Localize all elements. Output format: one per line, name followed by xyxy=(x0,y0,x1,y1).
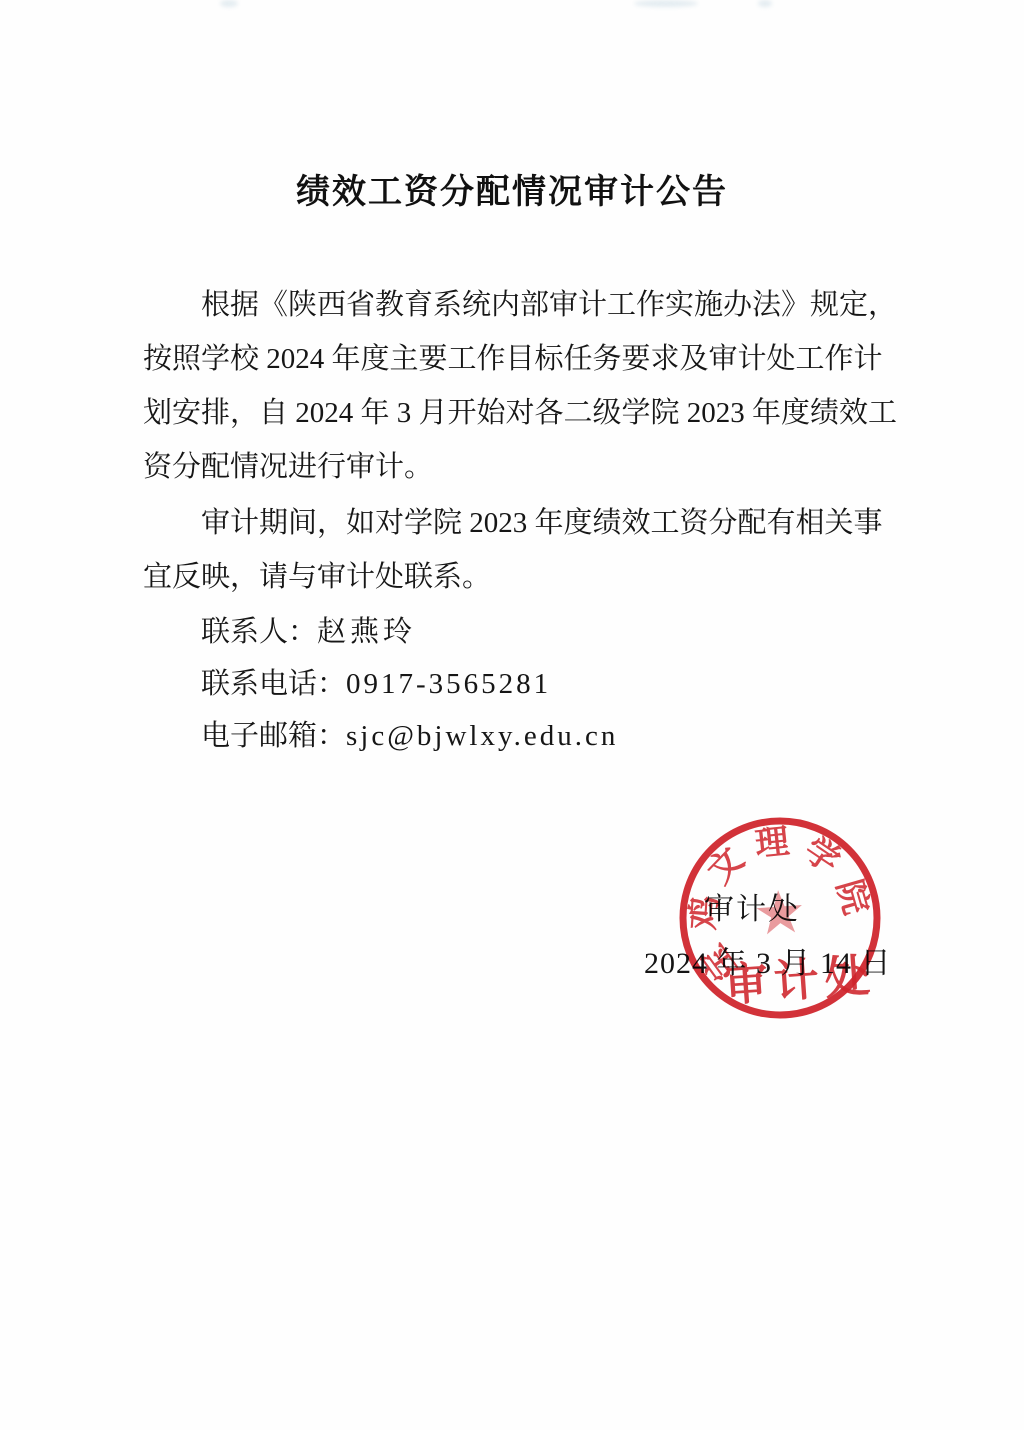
scanned-audit-notice-page: 绩效工资分配情况审计公告 根据《陕西省教育系统内部审计工作实施办法》规定， 按照… xyxy=(0,0,1024,1430)
paragraph-1-line-1: 根据《陕西省教育系统内部审计工作实施办法》规定， xyxy=(143,278,880,332)
paragraph-1-line-2: 按照学校 2024 年度主要工作目标任务要求及审计处工作计 xyxy=(143,332,880,386)
contact-email-row: 电子邮箱：sjc@bjwlxy.edu.cn xyxy=(143,710,880,762)
scan-artifact xyxy=(758,0,772,7)
scan-artifact xyxy=(220,0,238,7)
paragraph-2-line-1: 审计期间，如对学院 2023 年度绩效工资分配有相关事 xyxy=(143,496,880,550)
contact-email-value: sjc@bjwlxy.edu.cn xyxy=(346,720,618,752)
paragraph-1-line-4: 资分配情况进行审计。 xyxy=(143,440,880,494)
paragraph-1: 根据《陕西省教育系统内部审计工作实施办法》规定， 按照学校 2024 年度主要工… xyxy=(143,278,880,494)
scan-artifact xyxy=(634,0,698,7)
contact-person-label: 联系人： xyxy=(201,616,317,648)
document-title: 绩效工资分配情况审计公告 xyxy=(0,164,1024,213)
seal-star-icon xyxy=(755,888,804,934)
contact-phone-value: 0917-3565281 xyxy=(346,668,551,700)
contact-phone-label: 联系电话： xyxy=(201,668,346,700)
contact-person-value: 赵燕玲 xyxy=(317,616,416,648)
paragraph-2-line-2: 宜反映，请与审计处联系。 xyxy=(143,550,880,604)
paragraph-1-line-3: 划安排，自 2024 年 3 月开始对各二级学院 2023 年度绩效工 xyxy=(143,386,880,440)
contact-block: 联系人：赵燕玲 联系电话：0917-3565281 电子邮箱：sjc@bjwlx… xyxy=(143,606,880,762)
contact-phone-row: 联系电话：0917-3565281 xyxy=(143,658,880,710)
official-red-seal: 宝鸡文理学院 审计处 xyxy=(650,790,930,1070)
seal-arc-char: 鸡 xyxy=(685,894,725,931)
seal-arc-char: 理 xyxy=(753,823,791,863)
paragraph-2: 审计期间，如对学院 2023 年度绩效工资分配有相关事 宜反映，请与审计处联系。 xyxy=(143,496,880,604)
contact-email-label: 电子邮箱： xyxy=(201,720,346,752)
seal-bottom-text: 审计处 xyxy=(721,951,877,1012)
contact-person-row: 联系人：赵燕玲 xyxy=(143,606,880,658)
